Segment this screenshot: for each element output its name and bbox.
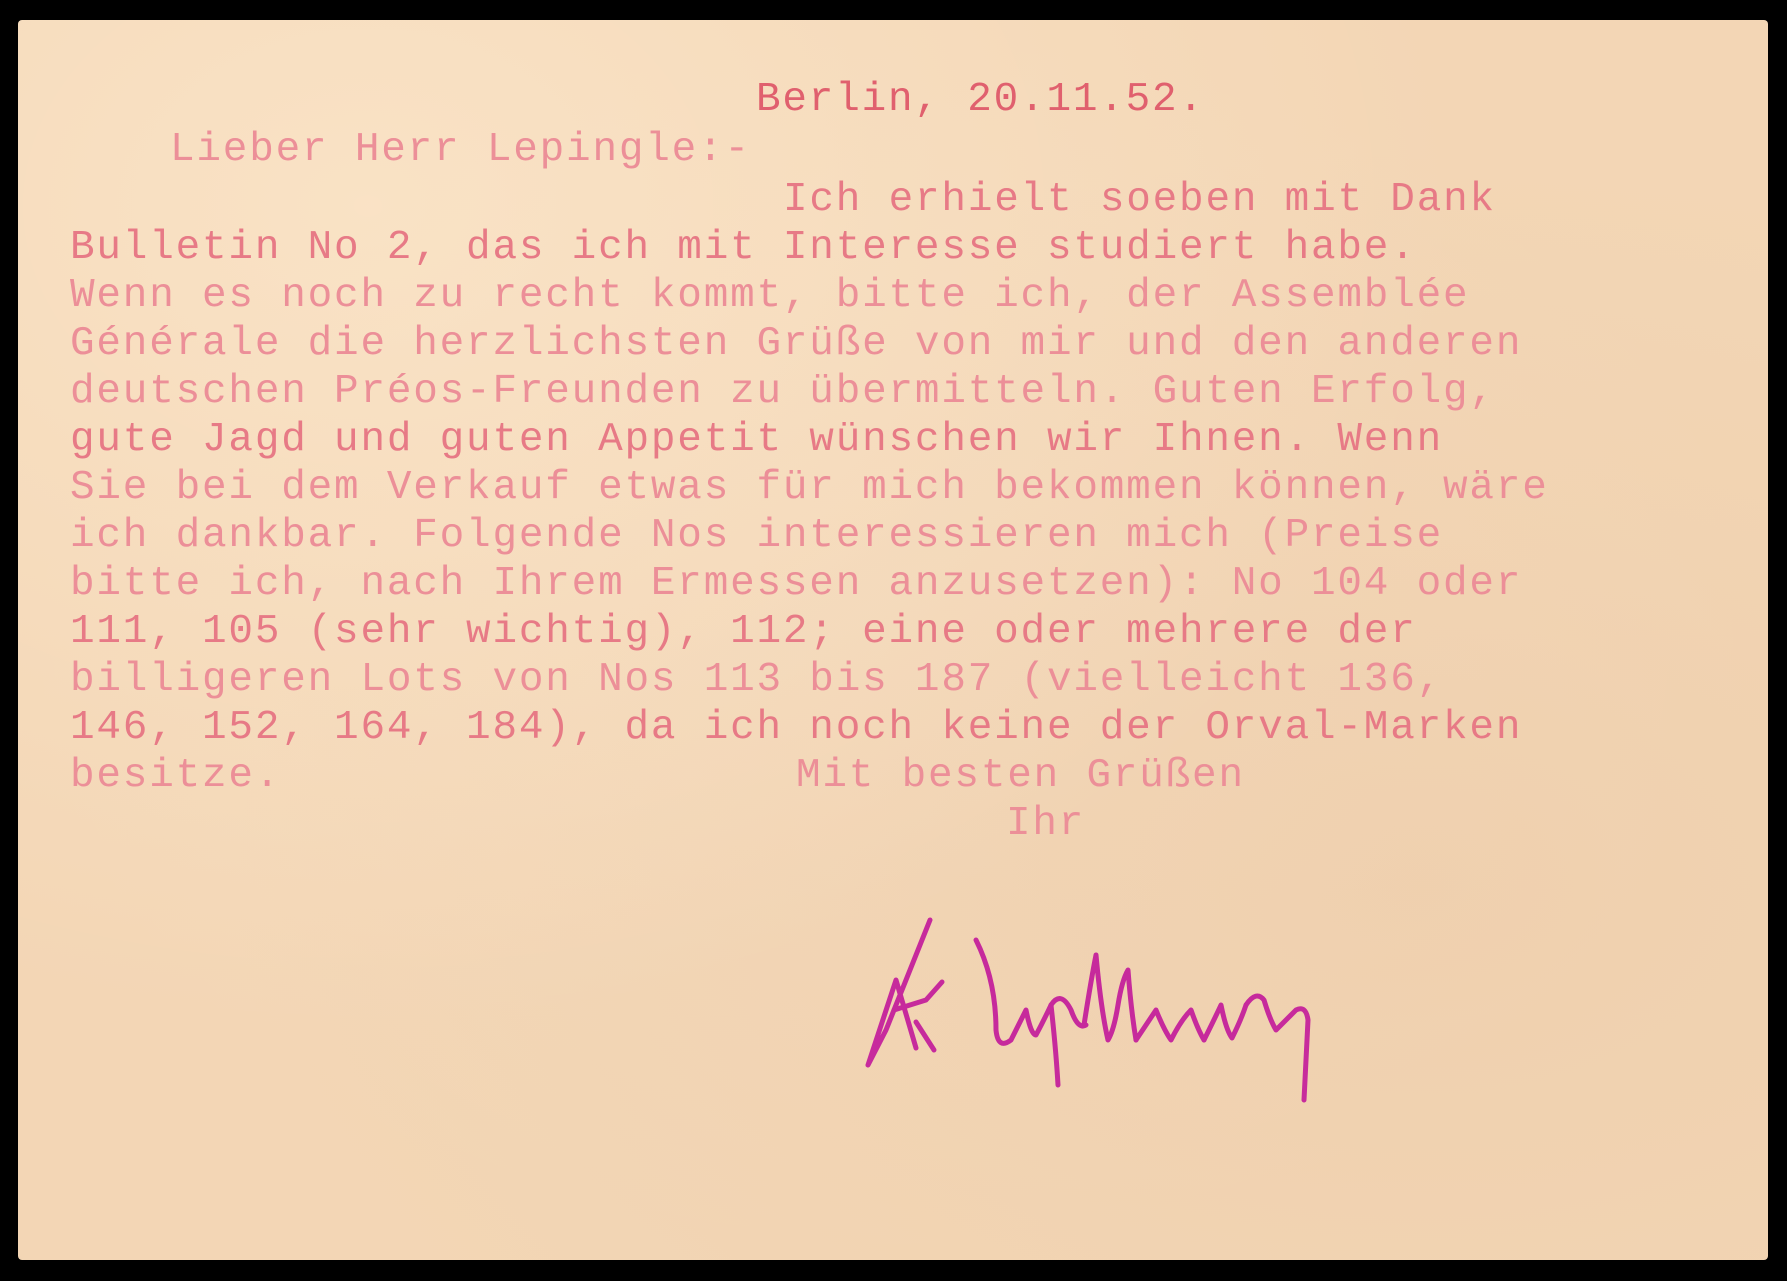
body-line-13: besitze.: [70, 751, 281, 801]
body-line-3: Wenn es noch zu recht kommt, bitte ich, …: [70, 271, 1469, 321]
body-line-8: ich dankbar. Folgende Nos interessieren …: [70, 511, 1443, 561]
body-line-1: Ich erhielt soeben mit Dank: [783, 175, 1496, 225]
signature: [846, 910, 1426, 1120]
body-line-6: gute Jagd und guten Appetit wünschen wir…: [70, 415, 1443, 465]
body-line-7: Sie bei dem Verkauf etwas für mich bekom…: [70, 463, 1549, 513]
body-line-4: Générale die herzlichsten Grüße von mir …: [70, 319, 1522, 369]
closing-line: Mit besten Grüßen: [796, 751, 1245, 801]
body-line-5: deutschen Préos-Freunden zu übermitteln.…: [70, 367, 1496, 417]
closing-ihr: Ihr: [1006, 799, 1085, 849]
body-line-11: billigeren Lots von Nos 113 bis 187 (vie…: [70, 655, 1443, 705]
date-line: Berlin, 20.11.52.: [756, 75, 1205, 125]
salutation: Lieber Herr Lepingle:-: [170, 125, 751, 175]
postcard: Berlin, 20.11.52. Lieber Herr Lepingle:-…: [18, 20, 1768, 1260]
body-line-12: 146, 152, 164, 184), da ich noch keine d…: [70, 703, 1522, 753]
body-line-10: 111, 105 (sehr wichtig), 112; eine oder …: [70, 607, 1417, 657]
body-line-9: bitte ich, nach Ihrem Ermessen anzusetze…: [70, 559, 1522, 609]
body-line-2: Bulletin No 2, das ich mit Interesse stu…: [70, 223, 1417, 273]
